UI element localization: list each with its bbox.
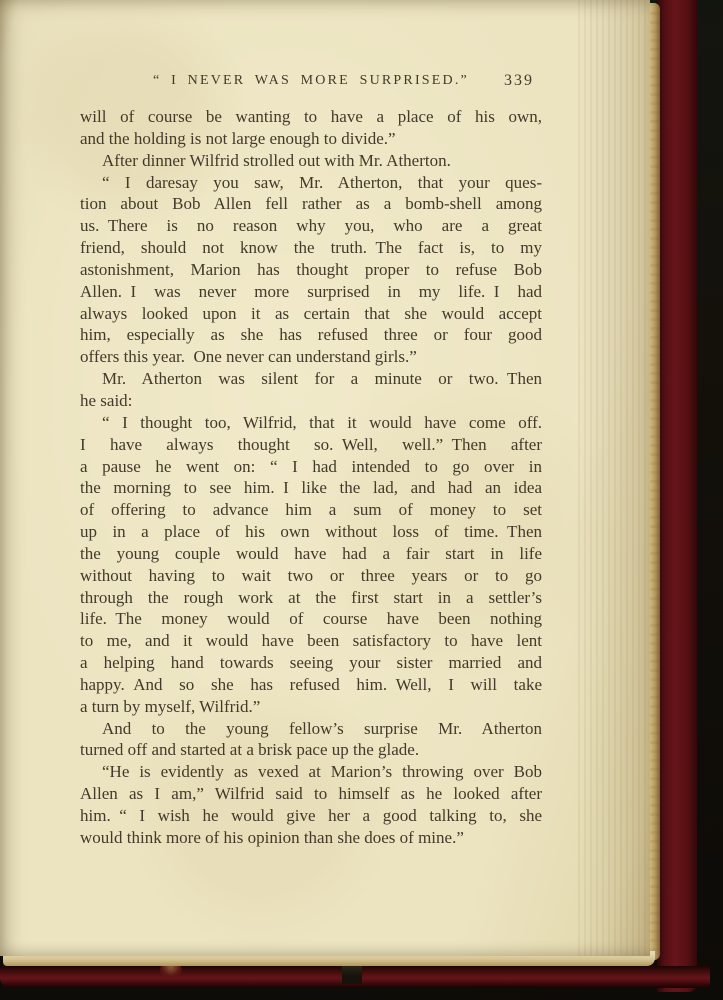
book-page: “ I NEVER WAS MORE SURPRISED.” 339 will … xyxy=(0,0,650,956)
text-line: a pause he went on: “ I had intended to … xyxy=(80,456,542,478)
body-text: will of course be wanting to have a plac… xyxy=(80,106,542,849)
book-cover-right-edge xyxy=(657,0,697,992)
text-line: After dinner Wilfrid strolled out with M… xyxy=(80,150,542,172)
text-line: a turn by myself, Wilfrid.” xyxy=(80,696,542,718)
text-line: he said: xyxy=(80,390,542,412)
book-photo: “ I NEVER WAS MORE SURPRISED.” 339 will … xyxy=(0,0,723,1000)
text-line: to me, and it would have been satisfacto… xyxy=(80,630,542,652)
text-line: Allen as I am,” Wilfrid said to himself … xyxy=(80,783,542,805)
running-header: “ I NEVER WAS MORE SURPRISED.” 339 xyxy=(80,73,542,93)
text-line: And to the young fellow’s surprise Mr. A… xyxy=(80,718,542,740)
text-line: “He is evidently as vexed at Marion’s th… xyxy=(80,761,542,783)
text-line: astonishment, Marion has thought proper … xyxy=(80,259,542,281)
text-line: a helping hand towards seeing your siste… xyxy=(80,652,542,674)
running-title: “ I NEVER WAS MORE SURPRISED.” xyxy=(80,73,542,89)
text-line: Allen. I was never more surprised in my … xyxy=(80,281,542,303)
text-line: up in a place of his own without loss of… xyxy=(80,521,542,543)
text-line: tion about Bob Allen fell rather as a bo… xyxy=(80,193,542,215)
text-line: and the holding is not large enough to d… xyxy=(80,128,542,150)
text-line: friend, should not know the truth. The f… xyxy=(80,237,542,259)
text-line: happy. And so she has refused him. Well,… xyxy=(80,674,542,696)
text-line: the morning to see him. I like the lad, … xyxy=(80,477,542,499)
text-line: will of course be wanting to have a plac… xyxy=(80,106,542,128)
text-line: Mr. Atherton was silent for a minute or … xyxy=(80,368,542,390)
text-line: would think more of his opinion than she… xyxy=(80,827,542,849)
text-line: him, especially as she has refused three… xyxy=(80,324,542,346)
page-number: 339 xyxy=(504,72,534,90)
text-line: of offering to advance him a sum of mone… xyxy=(80,499,542,521)
text-line: “ I thought too, Wilfrid, that it would … xyxy=(80,412,542,434)
text-line: always looked upon it as certain that sh… xyxy=(80,303,542,325)
text-line: him. “ I wish he would give her a good t… xyxy=(80,805,542,827)
text-line: us. There is no reason why you, who are … xyxy=(80,215,542,237)
text-line: without having to wait two or three year… xyxy=(80,565,542,587)
text-line: turned off and started at a brisk pace u… xyxy=(80,739,542,761)
text-line: the young couple would have had a fair s… xyxy=(80,543,542,565)
text-line: “ I daresay you saw, Mr. Atherton, that … xyxy=(80,172,542,194)
text-line: I have always thought so. Well, well.” T… xyxy=(80,434,542,456)
text-line: life. The money would of course have bee… xyxy=(80,608,542,630)
text-line: offers this year. One never can understa… xyxy=(80,346,542,368)
text-line: through the rough work at the first star… xyxy=(80,587,542,609)
